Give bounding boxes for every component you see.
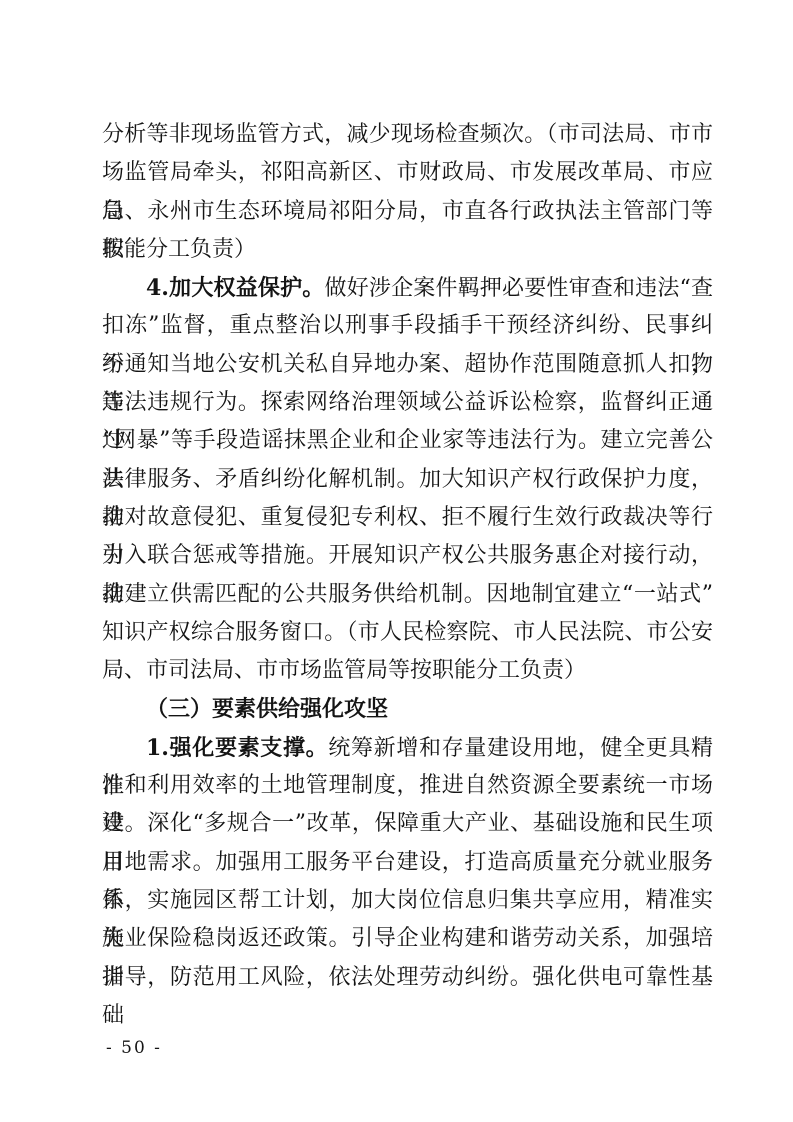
text-line: 1.强化要素支撑。统筹新增和存量建设用地，健全更具精准 — [102, 729, 713, 767]
line-text: 做好涉企案件羁押必要性审查和违法“查 — [325, 276, 714, 301]
text-line: 系，实施园区帮工计划，加大岗位信息归集共享应用，精准实施 — [102, 882, 713, 920]
text-line: 违法违规行为。探索网络治理领域公益诉讼检察，监督纠正通过 — [102, 384, 713, 422]
paragraph-lead: 1.强化要素支撑。 — [146, 735, 328, 761]
text-line: 局、市司法局、市市场监管局等按职能分工负责） — [102, 652, 713, 690]
line-text: 分析等非现场监管方式，减少现场检查频次。（市司法局、市市 — [102, 122, 713, 147]
text-line: 场监管局牵头，祁阳高新区、市财政局、市发展改革局、市应急 — [102, 154, 713, 192]
paragraph-lead: 4.加大权益保护。 — [146, 275, 325, 301]
text-line: 知识产权综合服务窗口。（市人民检察院、市人民法院、市公安 — [102, 614, 713, 652]
line-text: 指导，防范用工风险，依法处理劳动纠纷。强化供电可靠性基础 — [102, 965, 713, 1028]
text-line: 4.加大权益保护。做好涉企案件羁押必要性审查和违法“查 — [102, 269, 713, 307]
section-heading: （三）要素供给强化攻坚 — [102, 690, 713, 728]
text-line: 扣冻”监督，重点整治以刑事手段插手干预经济纠纷、民事纠纷， — [102, 307, 713, 345]
text-line: 局、永州市生态环境局祁阳分局，市直各行政执法主管部门等按 — [102, 193, 713, 231]
text-line: 职能分工负责） — [102, 231, 713, 269]
text-line: 动对故意侵犯、重复侵犯专利权、拒不履行生效行政裁决等行为 — [102, 499, 713, 537]
text-line: 引入联合惩戒等措施。开展知识产权公共服务惠企对接行动，推 — [102, 537, 713, 575]
text-line: “网暴”等手段造谣抹黑企业和企业家等违法行为。建立完善公共 — [102, 422, 713, 460]
document-page: 分析等非现场监管方式，减少现场检查频次。（市司法局、市市场监管局牵头，祁阳高新区… — [0, 0, 793, 1122]
text-line: 法律服务、矛盾纠纷化解机制。加大知识产权行政保护力度，推 — [102, 461, 713, 499]
text-line: 指导，防范用工风险，依法处理劳动纠纷。强化供电可靠性基础 — [102, 959, 713, 997]
line-text: 知识产权综合服务窗口。（市人民检察院、市人民法院、市公安 — [102, 620, 713, 645]
text-line: 分析等非现场监管方式，减少现场检查频次。（市司法局、市市 — [102, 116, 713, 154]
line-text: 局、市司法局、市市场监管局等按职能分工负责） — [102, 658, 586, 683]
document-body: 分析等非现场监管方式，减少现场检查频次。（市司法局、市市场监管局牵头，祁阳高新区… — [102, 116, 713, 997]
text-line: 用地需求。加强用工服务平台建设，打造高质量充分就业服务体 — [102, 844, 713, 882]
text-line: 设。深化“多规合一”改革，保障重大产业、基础设施和民生项目 — [102, 805, 713, 843]
text-line: 动建立供需匹配的公共服务供给机制。因地制宜建立“一站式” — [102, 576, 713, 614]
line-text: 动建立供需匹配的公共服务供给机制。因地制宜建立“一站式” — [102, 582, 713, 607]
page-number: - 50 - — [106, 1036, 162, 1060]
text-line: 不通知当地公安机关私自异地办案、超协作范围随意抓人扣物等 — [102, 346, 713, 384]
text-line: 失业保险稳岗返还政策。引导企业构建和谐劳动关系，加强培训 — [102, 920, 713, 958]
text-line: 性和利用效率的土地管理制度，推进自然资源全要素统一市场建 — [102, 767, 713, 805]
line-text: 职能分工负责） — [102, 237, 256, 262]
line-text: （三）要素供给强化攻坚 — [146, 696, 388, 722]
